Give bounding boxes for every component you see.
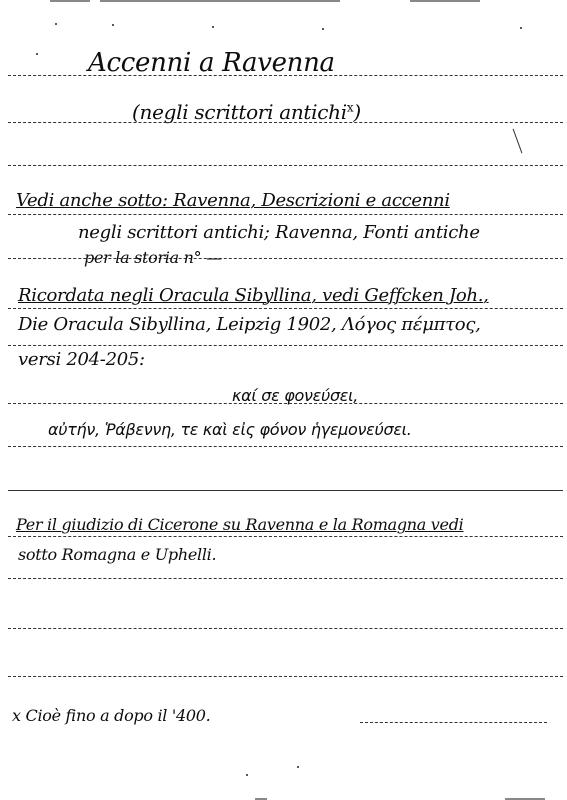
paragraph-1-line-1: Vedi anche sotto: Ravenna, Descrizioni e… bbox=[16, 190, 450, 211]
page-title: Accenni a Ravenna bbox=[88, 48, 335, 78]
scan-edge-mark bbox=[100, 0, 340, 2]
subtitle-close: ) bbox=[353, 100, 361, 124]
speck bbox=[212, 26, 214, 28]
footnote: x Cioè fino a dopo il '400. bbox=[12, 706, 210, 725]
paragraph-3-line-1: Per il giudizio di Cicerone su Ravenna e… bbox=[16, 515, 463, 534]
ruled-line bbox=[360, 722, 547, 723]
ruled-line bbox=[8, 578, 563, 579]
handwritten-page: Accenni a Ravenna (negli scrittori antic… bbox=[0, 0, 567, 800]
ruled-line bbox=[8, 165, 563, 166]
paragraph-1-line-2: negli scrittori antichi; Ravenna, Fonti … bbox=[78, 222, 480, 243]
speck bbox=[112, 24, 114, 26]
ruled-line bbox=[204, 628, 563, 629]
speck bbox=[297, 766, 299, 768]
paragraph-1-line-3: per la storia n° — bbox=[84, 248, 222, 267]
paragraph-2-line-3: versi 204-205: bbox=[18, 349, 145, 370]
subtitle-text: (negli scrittori antichi bbox=[132, 100, 347, 124]
margin-stroke bbox=[513, 129, 523, 154]
paragraph-2-line-2: Die Oracula Sibyllina, Leipzig 1902, Λόγ… bbox=[18, 314, 481, 335]
ruled-line bbox=[8, 345, 563, 346]
greek-quote-line-2: αὐτήν, Ῥάβεννη, τε καὶ εἰς φόνον ἡγεμονε… bbox=[48, 420, 412, 439]
ruled-line bbox=[8, 536, 563, 537]
ruled-line bbox=[8, 75, 563, 76]
ruled-line bbox=[8, 676, 563, 677]
paragraph-2-line-1: Ricordata negli Oracula Sibyllina, vedi … bbox=[18, 285, 489, 306]
scan-edge-mark bbox=[50, 0, 90, 2]
speck bbox=[36, 53, 38, 55]
scan-edge-mark bbox=[410, 0, 480, 2]
speck bbox=[246, 774, 248, 776]
ruled-line bbox=[8, 490, 563, 491]
speck bbox=[322, 28, 324, 30]
ruled-line bbox=[8, 122, 563, 123]
ruled-line bbox=[8, 308, 563, 309]
page-subtitle: (negli scrittori antichix) bbox=[132, 100, 361, 124]
paragraph-3-line-2: sotto Romagna e Uphelli. bbox=[18, 545, 216, 564]
speck bbox=[520, 27, 522, 29]
ruled-line bbox=[8, 446, 563, 447]
ruled-line bbox=[8, 403, 563, 404]
ruled-line bbox=[8, 628, 227, 629]
speck bbox=[55, 23, 57, 25]
ruled-line bbox=[8, 214, 563, 215]
